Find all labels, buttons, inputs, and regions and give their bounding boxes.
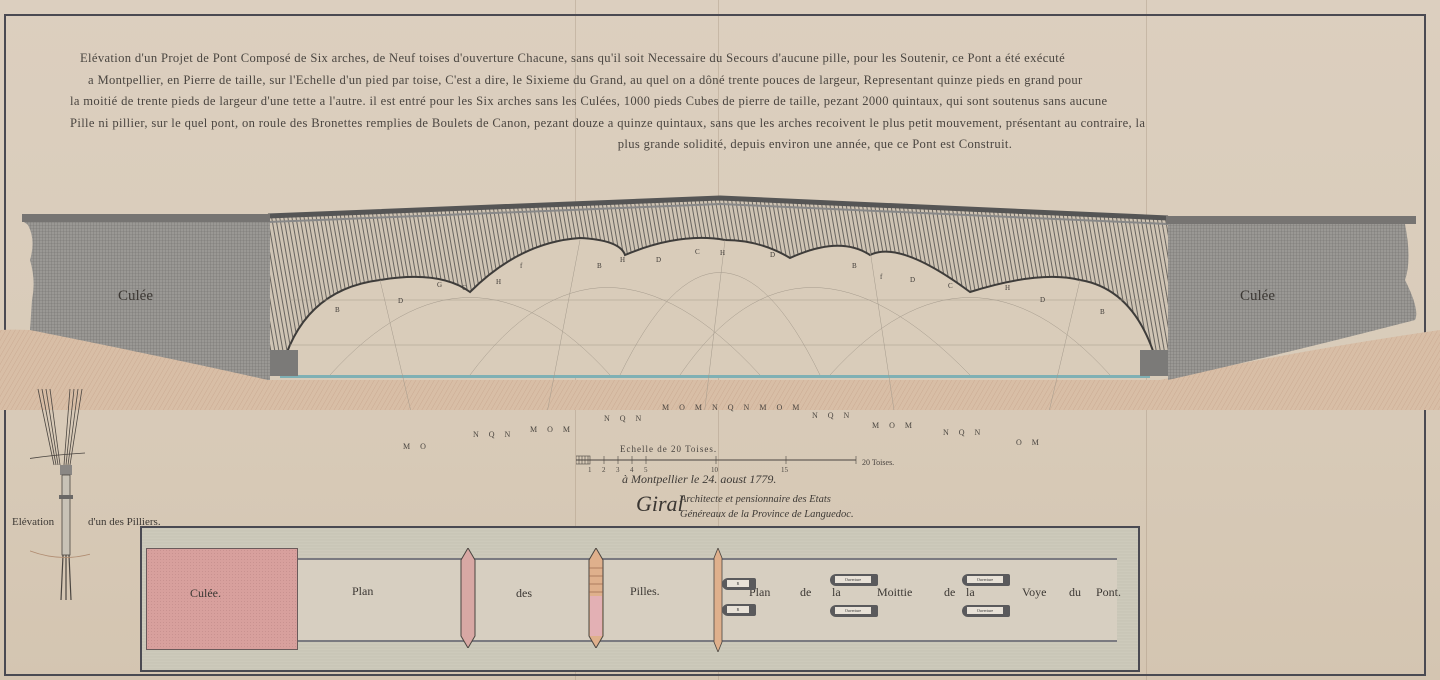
title-line-5: plus grande solidité, depuis environ une…	[70, 134, 1400, 156]
scale-tick: 3	[616, 466, 620, 474]
construction-letters: N Q N	[812, 411, 853, 420]
cart-icon: Ouverture	[830, 574, 878, 586]
plan-word: de	[944, 585, 955, 600]
construction-letters: M O M	[530, 425, 574, 434]
cart-icon: Ouverture	[830, 605, 878, 617]
cart-icon: R	[722, 578, 756, 590]
pillar-elevation-drawing	[30, 385, 90, 605]
svg-text:B: B	[1100, 308, 1105, 316]
svg-text:H: H	[720, 249, 725, 257]
plan-word: du	[1069, 585, 1081, 600]
plan-culee-left-label: Culée.	[190, 586, 221, 601]
plan-word: Pont.	[1096, 585, 1121, 600]
culee-right-label: Culée	[1240, 288, 1275, 305]
cart-icon: Ouverture	[962, 605, 1010, 617]
scale-tick: 15	[781, 466, 789, 474]
plan-view: Culée. Culée Plan des Pilles. Plan de la…	[140, 526, 1140, 672]
construction-letters: N Q N	[604, 414, 645, 423]
plan-word: Voye	[1022, 585, 1046, 600]
svg-text:H: H	[496, 278, 501, 286]
title-block: Elévation d'un Projet de Pont Composé de…	[70, 48, 1400, 156]
scale-tick: 2	[602, 466, 606, 474]
title-line-2: a Montpellier, en Pierre de taille, sur …	[70, 70, 1400, 92]
plan-word: de	[800, 585, 811, 600]
place-date: à Montpellier le 24. aoust 1779.	[622, 472, 776, 487]
plan-word: des	[516, 586, 532, 601]
construction-letters: N Q N	[943, 428, 984, 437]
construction-letters: M O M N Q N M O M	[662, 403, 803, 412]
svg-text:B: B	[597, 262, 602, 270]
signature-role-line-1: Architecte et pensionnaire des Etats	[680, 492, 854, 507]
svg-text:D: D	[910, 276, 915, 284]
svg-text:B: B	[852, 262, 857, 270]
svg-text:D: D	[656, 256, 661, 264]
svg-text:H: H	[620, 256, 625, 264]
bridge-elevation-drawing: BDG CHf BHD CHD BfD CHD B	[0, 180, 1440, 410]
scale-tick: 1	[588, 466, 592, 474]
bridge-elevation: BDG CHf BHD CHD BfD CHD B Culée Culée	[0, 180, 1440, 410]
svg-text:D: D	[1040, 296, 1045, 304]
signature-role: Architecte et pensionnaire des Etats Gén…	[680, 492, 854, 522]
signature-role-line-2: Généreaux de la Province de Languedoc.	[680, 507, 854, 522]
plan-word: la	[832, 585, 841, 600]
cart-icon: R	[722, 604, 756, 616]
plan-word: Pilles.	[630, 584, 660, 599]
construction-letters: N Q N	[473, 430, 514, 439]
culee-left-label: Culée	[118, 288, 153, 305]
svg-text:C: C	[462, 284, 467, 292]
plan-word: Plan	[352, 584, 373, 599]
cart-icon: Ouverture	[962, 574, 1010, 586]
pillar-caption-elevation: Elévation	[12, 516, 54, 528]
signature-name: Giral	[636, 491, 684, 517]
scale-end-label: 20 Toises.	[862, 458, 894, 467]
pier-plan	[588, 548, 604, 648]
construction-letters: M O M	[872, 421, 916, 430]
title-line-4: Pille ni pillier, sur le quel pont, on r…	[70, 113, 1400, 135]
construction-letters: O M	[1016, 438, 1043, 447]
pier-plan-half	[713, 548, 723, 652]
svg-text:C: C	[948, 282, 953, 290]
svg-text:G: G	[437, 281, 442, 289]
plan-culee-left	[146, 548, 298, 650]
construction-letters: M O	[403, 442, 430, 451]
svg-text:C: C	[695, 248, 700, 256]
svg-text:D: D	[398, 297, 403, 305]
svg-text:H: H	[1005, 284, 1010, 292]
engraving-sheet: Elévation d'un Projet de Pont Composé de…	[0, 0, 1440, 680]
title-line-1: Elévation d'un Projet de Pont Composé de…	[70, 48, 1400, 70]
pier-plan	[460, 548, 476, 648]
svg-text:D: D	[770, 251, 775, 259]
title-line-3: la moitié de trente pieds de largeur d'u…	[70, 91, 1400, 113]
plan-roadway	[297, 558, 1117, 642]
plan-word: la	[966, 585, 975, 600]
plan-word: Moittie	[877, 585, 912, 600]
svg-text:B: B	[335, 306, 340, 314]
